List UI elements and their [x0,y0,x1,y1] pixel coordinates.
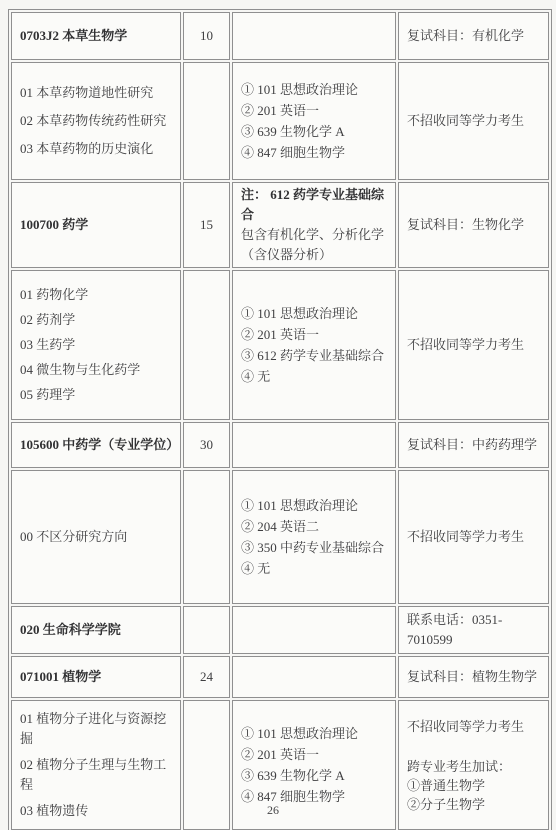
exam-item: ② 201 英语一 [241,100,389,121]
note-title: 注： 612 药学专业基础综合 [241,185,389,225]
exam-item: ③ 350 中药专业基础综合 [241,537,389,558]
count-cell: 10 [183,12,230,60]
direction-item: 02 植物分子生理与生物工程 [20,755,174,795]
direction-item: 05 药理学 [20,385,174,405]
note-cell: 注： 612 药学专业基础综合 包含有机化学、分析化学（含仪器分析） [232,182,396,268]
exam-item: ② 201 英语一 [241,744,389,765]
exam-item: ① 101 思想政治理论 [241,495,389,516]
exams-cell: ① 101 思想政治理论 ② 201 英语一 ③ 612 药学专业基础综合 ④ … [232,270,396,420]
program-cell: 0703J2 本草生物学 [11,12,181,60]
count-cell-empty [183,470,230,604]
program-cell: 071001 植物学 [11,656,181,698]
program-cell: 100700 药学 [11,182,181,268]
exam-item: ④ 847 细胞生物学 [241,142,389,163]
exams-cell-empty [232,656,396,698]
count-cell-empty [183,270,230,420]
table-row: 0703J2 本草生物学 10 复试科目：有机化学 [11,12,549,60]
count-cell-empty [183,606,230,654]
direction-item: 02 药剂学 [20,310,174,330]
program-cell: 105600 中药学（专业学位） [11,422,181,468]
exams-cell-empty [232,606,396,654]
contact-phone: 联系电话：0351-7010599 [398,606,549,654]
exams-cell: ① 101 思想政治理论 ② 201 英语一 ③ 639 生物化学 A ④ 84… [232,62,396,180]
directions-cell: 01 药物化学 02 药剂学 03 生药学 04 微生物与生化药学 05 药理学 [11,270,181,420]
table-row: 020 生命科学学院 联系电话：0351-7010599 [11,606,549,654]
direction-item: 03 本草药物的历史演化 [20,139,174,159]
page-number: 26 [8,803,538,818]
remark-cell: 复试科目：植物生物学 [398,656,549,698]
exam-item: ④ 无 [241,366,389,387]
admissions-table: 0703J2 本草生物学 10 复试科目：有机化学 01 本草药物道地性研究 0… [8,9,552,830]
college-name: 020 生命科学学院 [20,622,121,637]
directions-cell: 01 本草药物道地性研究 02 本草药物传统药性研究 03 本草药物的历史演化 [11,62,181,180]
remark-cell: 不招收同等学力考生 [398,270,549,420]
exam-item: ① 101 思想政治理论 [241,723,389,744]
remark-cell: 复试科目：生物化学 [398,182,549,268]
table-row: 105600 中药学（专业学位） 30 复试科目：中药药理学 [11,422,549,468]
exam-item: ③ 612 药学专业基础综合 [241,345,389,366]
exam-item: ③ 639 生物化学 A [241,765,389,786]
table-row: 071001 植物学 24 复试科目：植物生物学 [11,656,549,698]
exam-item: ③ 639 生物化学 A [241,121,389,142]
count-cell: 24 [183,656,230,698]
count-cell-empty [183,62,230,180]
table-row: 00 不区分研究方向 ① 101 思想政治理论 ② 204 英语二 ③ 350 … [11,470,549,604]
document-page: 0703J2 本草生物学 10 复试科目：有机化学 01 本草药物道地性研究 0… [0,0,556,830]
remark-cell: 不招收同等学力考生 [398,62,549,180]
direction-item: 01 本草药物道地性研究 [20,83,174,103]
note-body: 包含有机化学、分析化学（含仪器分析） [241,227,384,262]
table-row: 01 药物化学 02 药剂学 03 生药学 04 微生物与生化药学 05 药理学… [11,270,549,420]
program-name: 100700 药学 [20,217,88,232]
remark-text: 不招收同等学力考生 [407,717,542,737]
direction-item: 00 不区分研究方向 [20,527,174,547]
extra-test-title: 跨专业考生加试： [407,757,542,776]
count-cell: 15 [183,182,230,268]
program-name: 0703J2 本草生物学 [20,28,127,43]
direction-item: 03 生药学 [20,335,174,355]
exam-item: ② 201 英语一 [241,324,389,345]
direction-item: 01 植物分子进化与资源挖掘 [20,709,174,749]
directions-cell: 00 不区分研究方向 [11,470,181,604]
exam-item: ② 204 英语二 [241,516,389,537]
exams-cell: ① 101 思想政治理论 ② 204 英语二 ③ 350 中药专业基础综合 ④ … [232,470,396,604]
direction-item: 02 本草药物传统药性研究 [20,111,174,131]
count-cell: 30 [183,422,230,468]
exam-item: ① 101 思想政治理论 [241,79,389,100]
remark-cell: 不招收同等学力考生 [398,470,549,604]
exam-item: ④ 无 [241,558,389,579]
college-cell: 020 生命科学学院 [11,606,181,654]
remark-cell: 复试科目：有机化学 [398,12,549,60]
remark-cell: 复试科目：中药药理学 [398,422,549,468]
exams-cell-empty [232,12,396,60]
extra-test-item: ①普通生物学 [407,776,542,795]
table-row: 100700 药学 15 注： 612 药学专业基础综合 包含有机化学、分析化学… [11,182,549,268]
exams-cell-empty [232,422,396,468]
direction-item: 01 药物化学 [20,285,174,305]
table-row: 01 本草药物道地性研究 02 本草药物传统药性研究 03 本草药物的历史演化 … [11,62,549,180]
program-name: 105600 中药学（专业学位） [20,437,179,452]
exam-item: ① 101 思想政治理论 [241,303,389,324]
program-name: 071001 植物学 [20,669,101,684]
direction-item: 04 微生物与生化药学 [20,360,174,380]
